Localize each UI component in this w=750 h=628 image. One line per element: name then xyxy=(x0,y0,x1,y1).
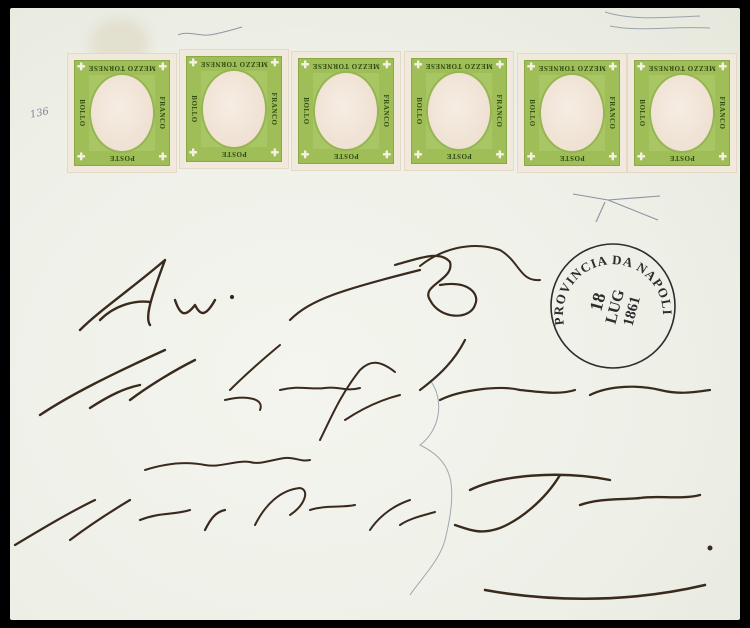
stamp-inner xyxy=(201,71,267,147)
cross-icon: ✚ xyxy=(719,63,727,73)
stamp-inner xyxy=(649,75,715,151)
stamp-embossed-head xyxy=(315,73,377,149)
stamp: MEZZO TORNESEPOSTEBOLLOFRANCO✚✚✚✚ xyxy=(68,54,176,172)
stamp: MEZZO TORNESEPOSTEBOLLOFRANCO✚✚✚✚ xyxy=(628,54,736,172)
cross-icon: ✚ xyxy=(159,153,167,163)
cross-icon: ✚ xyxy=(77,63,85,73)
stamp-left-text: BOLLO xyxy=(302,84,310,138)
stamp-embossed-head xyxy=(203,71,265,147)
cross-icon: ✚ xyxy=(719,153,727,163)
cross-icon: ✚ xyxy=(527,63,535,73)
stamp-left-text: BOLLO xyxy=(415,84,423,138)
cross-icon: ✚ xyxy=(496,61,504,71)
stamp: MEZZO TORNESEPOSTEBOLLOFRANCO✚✚✚✚ xyxy=(292,52,400,170)
cross-icon: ✚ xyxy=(496,151,504,161)
stamp-inner xyxy=(539,75,605,151)
cross-icon: ✚ xyxy=(189,59,197,69)
stamp-left-text: BOLLO xyxy=(528,86,536,140)
stamp-frame: MEZZO TORNESEPOSTEBOLLOFRANCO✚✚✚✚ xyxy=(411,58,507,164)
stamp-inner xyxy=(426,73,492,149)
stamp: MEZZO TORNESEPOSTEBOLLOFRANCO✚✚✚✚ xyxy=(518,54,626,172)
stamp-embossed-head xyxy=(541,75,603,151)
stamp-top-text: MEZZO TORNESE xyxy=(412,62,506,70)
stamp-inner xyxy=(313,73,379,149)
stamp-right-text: FRANCO xyxy=(158,86,166,140)
stamp-embossed-head xyxy=(428,73,490,149)
cross-icon: ✚ xyxy=(637,153,645,163)
stamp-frame: MEZZO TORNESEPOSTEBOLLOFRANCO✚✚✚✚ xyxy=(74,60,170,166)
stamp-bottom-text: POSTE xyxy=(75,154,169,162)
cross-icon: ✚ xyxy=(77,153,85,163)
postmark: PROVINCIA DA NAPOLI 18 LUG 1861 xyxy=(548,241,678,371)
stamp-right-text: FRANCO xyxy=(495,84,503,138)
stamp-embossed-head xyxy=(91,75,153,151)
stamp-right-text: FRANCO xyxy=(608,86,616,140)
stamp: MEZZO TORNESEPOSTEBOLLOFRANCO✚✚✚✚ xyxy=(180,50,288,168)
pencil-scribble xyxy=(178,27,242,35)
stamp-right-text: FRANCO xyxy=(270,82,278,136)
stamp-left-text: BOLLO xyxy=(78,86,86,140)
cross-icon: ✚ xyxy=(383,151,391,161)
stamp-bottom-text: POSTE xyxy=(635,154,729,162)
cross-icon: ✚ xyxy=(189,149,197,159)
stamp-top-text: MEZZO TORNESE xyxy=(299,62,393,70)
cross-icon: ✚ xyxy=(301,151,309,161)
cross-icon: ✚ xyxy=(271,149,279,159)
cross-icon: ✚ xyxy=(159,63,167,73)
cross-icon: ✚ xyxy=(609,153,617,163)
stamp-right-text: FRANCO xyxy=(718,86,726,140)
stamp: MEZZO TORNESEPOSTEBOLLOFRANCO✚✚✚✚ xyxy=(405,52,513,170)
cross-icon: ✚ xyxy=(527,153,535,163)
cross-icon: ✚ xyxy=(637,63,645,73)
cross-icon: ✚ xyxy=(414,151,422,161)
stamp-bottom-text: POSTE xyxy=(299,152,393,160)
stamp-top-text: MEZZO TORNESE xyxy=(525,64,619,72)
cross-icon: ✚ xyxy=(383,61,391,71)
stamp-bottom-text: POSTE xyxy=(187,150,281,158)
pencil-note-top-right xyxy=(605,12,710,29)
stamp-left-text: BOLLO xyxy=(190,82,198,136)
stamp-inner xyxy=(89,75,155,151)
stamp-frame: MEZZO TORNESEPOSTEBOLLOFRANCO✚✚✚✚ xyxy=(186,56,282,162)
pencil-stroke xyxy=(410,380,452,595)
stamp-right-text: FRANCO xyxy=(382,84,390,138)
cross-icon: ✚ xyxy=(414,61,422,71)
stamp-top-text: MEZZO TORNESE xyxy=(187,60,281,68)
stamp-bottom-text: POSTE xyxy=(412,152,506,160)
stamp-frame: MEZZO TORNESEPOSTEBOLLOFRANCO✚✚✚✚ xyxy=(634,60,730,166)
cross-icon: ✚ xyxy=(609,63,617,73)
stamp-top-text: MEZZO TORNESE xyxy=(635,64,729,72)
stamp-bottom-text: POSTE xyxy=(525,154,619,162)
stamp-frame: MEZZO TORNESEPOSTEBOLLOFRANCO✚✚✚✚ xyxy=(524,60,620,166)
pencil-cross xyxy=(573,194,660,222)
stamp-left-text: BOLLO xyxy=(638,86,646,140)
cross-icon: ✚ xyxy=(271,59,279,69)
cross-icon: ✚ xyxy=(301,61,309,71)
stamp-top-text: MEZZO TORNESE xyxy=(75,64,169,72)
stamp-embossed-head xyxy=(651,75,713,151)
stamp-frame: MEZZO TORNESEPOSTEBOLLOFRANCO✚✚✚✚ xyxy=(298,58,394,164)
